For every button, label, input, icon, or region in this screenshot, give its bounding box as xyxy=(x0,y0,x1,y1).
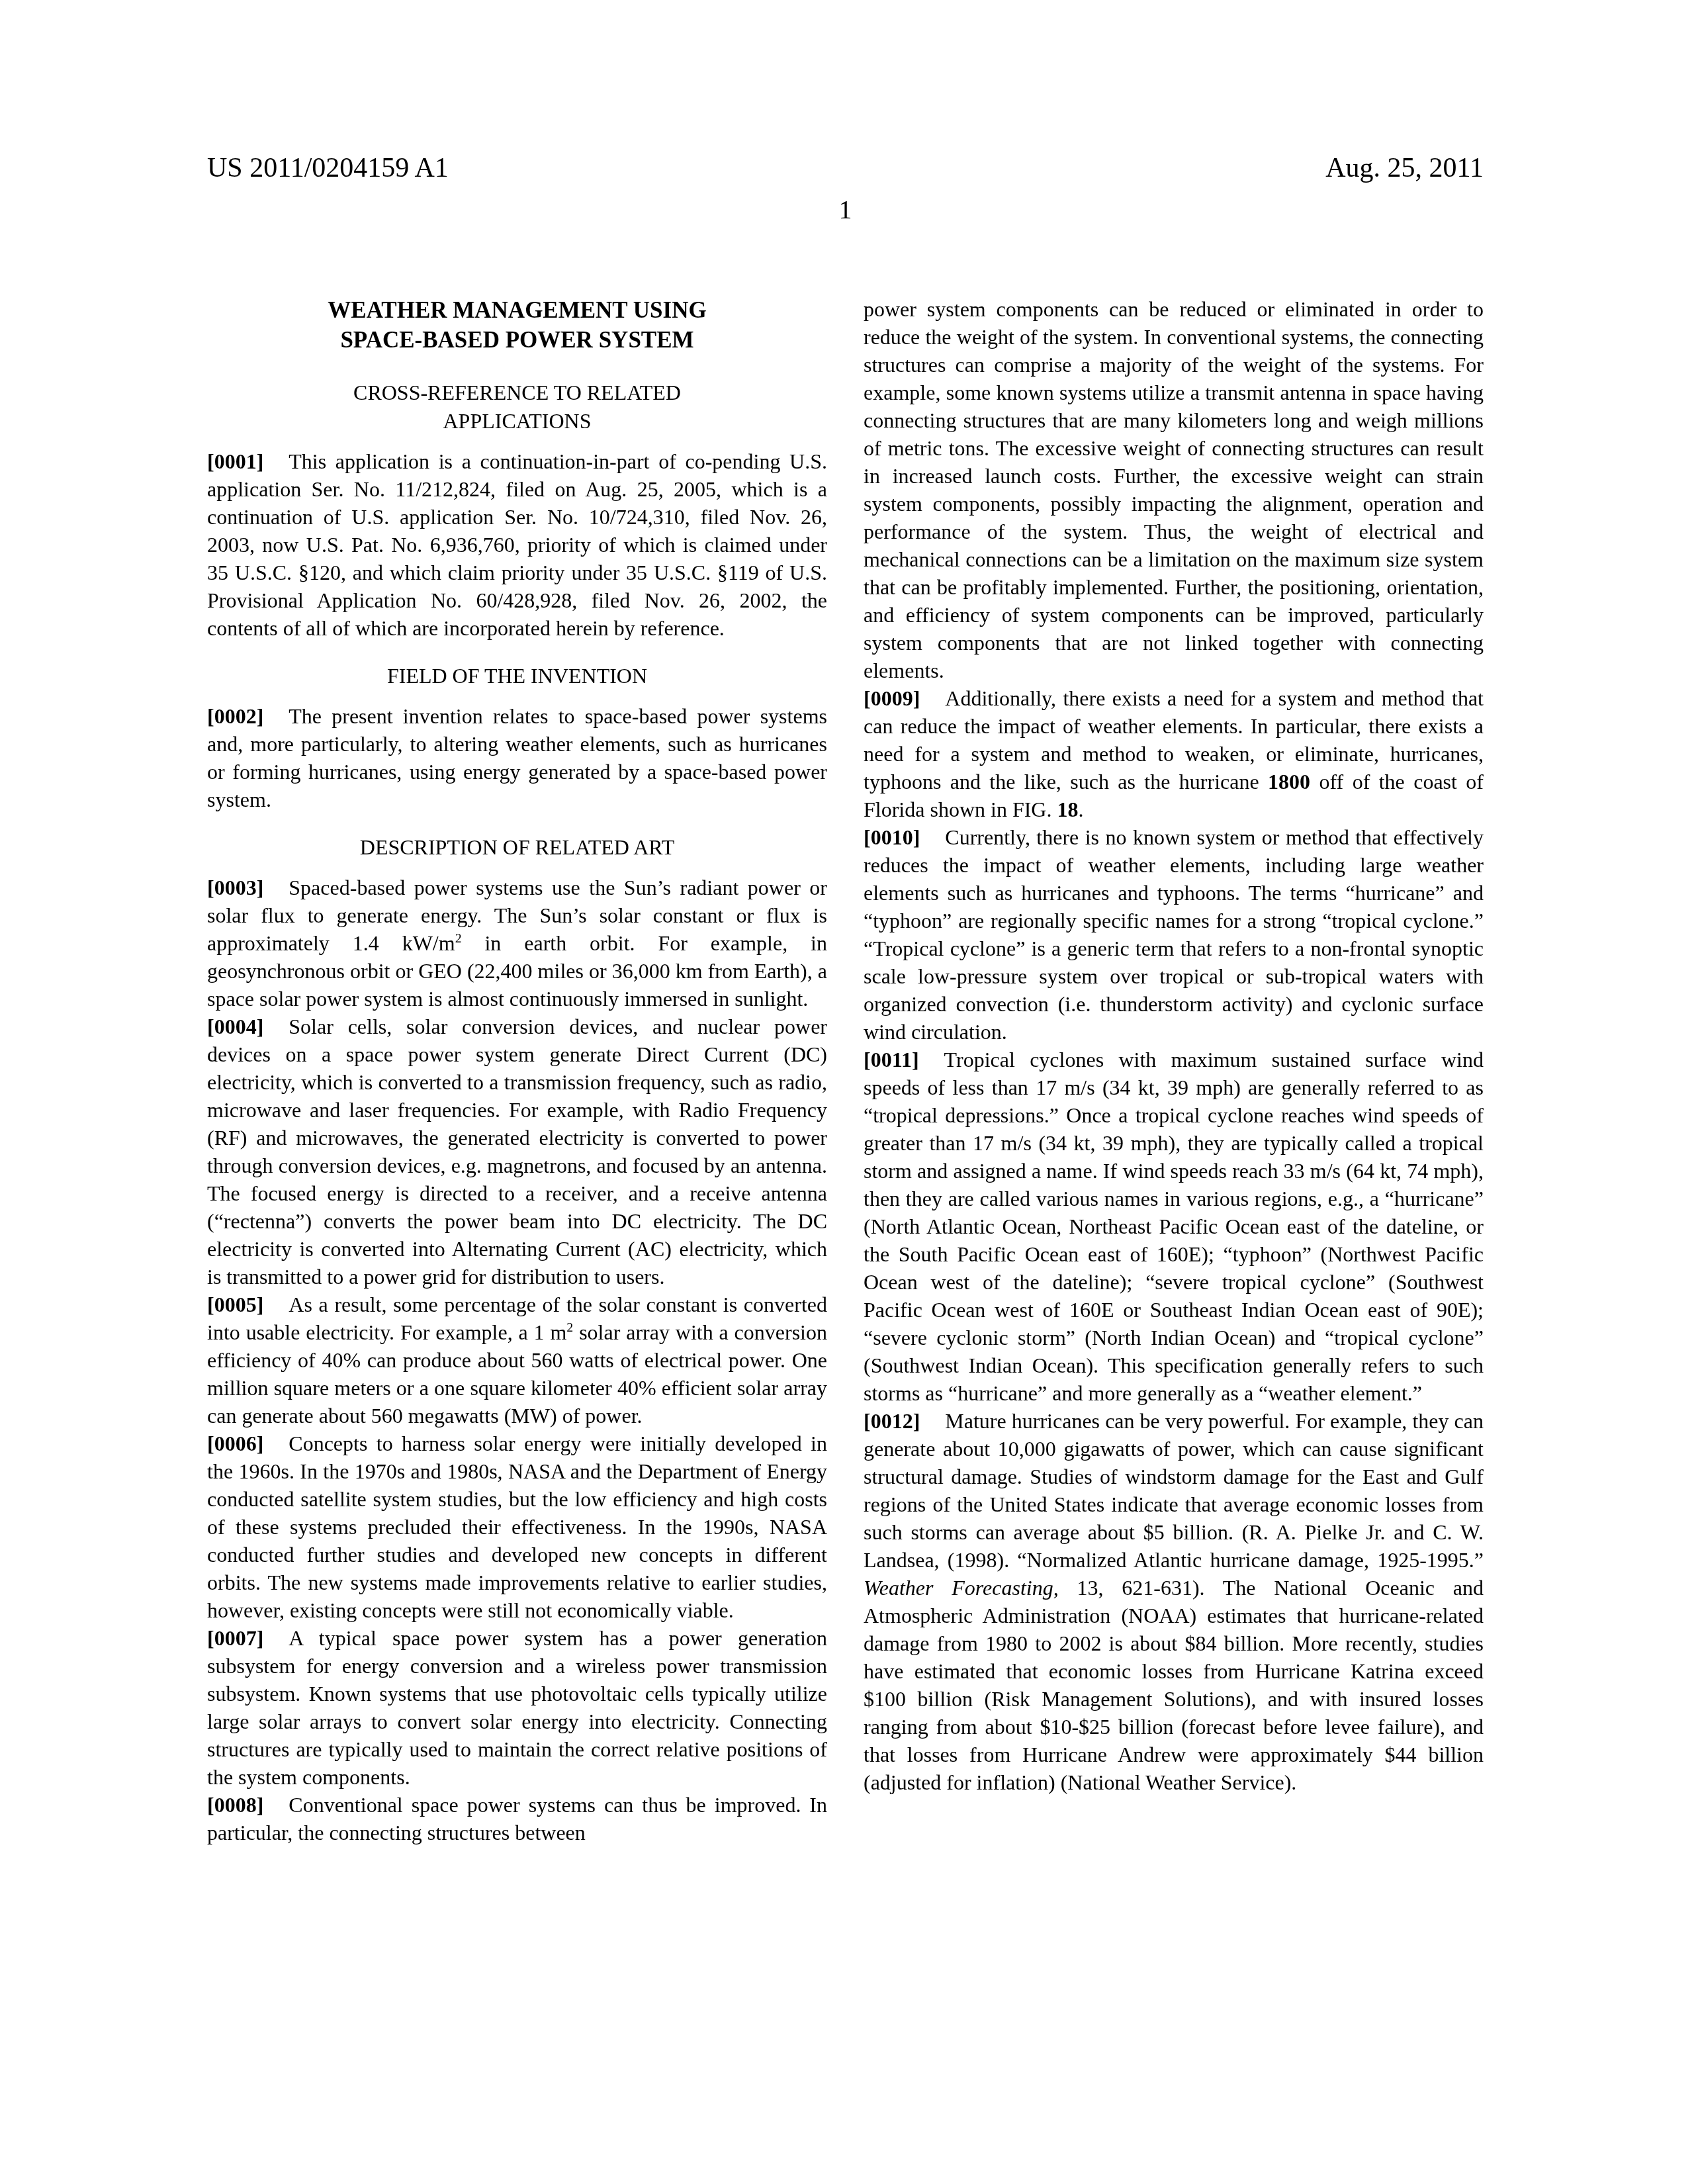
text-run: Mature hurricanes can be very powerful. … xyxy=(864,1409,1484,1572)
patent-page: US 2011/0204159 A1 Aug. 25, 2011 1 WEATH… xyxy=(0,0,1694,2184)
publication-date: Aug. 25, 2011 xyxy=(1325,152,1484,184)
paragraph-number: [0011] xyxy=(864,1048,919,1071)
text-run: The present invention relates to space-b… xyxy=(207,704,827,811)
text-run: 13, 621-631). The National Oceanic and A… xyxy=(864,1576,1484,1794)
paragraph-number: [0004] xyxy=(207,1015,263,1038)
paragraph-0012: [0012]Mature hurricanes can be very powe… xyxy=(864,1407,1484,1796)
paragraph-0007: [0007]A typical space power system has a… xyxy=(207,1624,827,1791)
text-run: This application is a continuation-in-pa… xyxy=(207,449,827,640)
paragraph-0002: [0002]The present invention relates to s… xyxy=(207,702,827,813)
text-run: Conventional space power systems can thu… xyxy=(207,1793,827,1844)
paragraph-number: [0001] xyxy=(207,449,263,473)
text-run: power system components can be reduced o… xyxy=(864,297,1484,682)
text-run: Tropical cyclones with maximum sustained… xyxy=(864,1048,1484,1405)
paragraph-0006: [0006]Concepts to harness solar energy w… xyxy=(207,1430,827,1624)
text-run: Concepts to harness solar energy were in… xyxy=(207,1432,827,1622)
right-column-blocks: power system components can be reduced o… xyxy=(864,295,1484,1796)
text-run: Currently, there is no known system or m… xyxy=(864,825,1484,1044)
text-run: Solar cells, solar conversion devices, a… xyxy=(207,1015,827,1289)
paragraph-0011: [0011]Tropical cyclones with maximum sus… xyxy=(864,1046,1484,1407)
paragraph-number: [0012] xyxy=(864,1409,920,1433)
right-column: power system components can be reduced o… xyxy=(864,295,1484,1846)
paragraph-number: [0010] xyxy=(864,825,920,849)
paragraph-0003: [0003]Spaced-based power systems use the… xyxy=(207,874,827,1013)
section-heading: FIELD OF THE INVENTION xyxy=(207,662,827,690)
publication-number: US 2011/0204159 A1 xyxy=(207,152,449,184)
paragraph-number: [0003] xyxy=(207,876,263,899)
paragraph-continued: power system components can be reduced o… xyxy=(864,295,1484,684)
paragraph-0008: [0008]Conventional space power systems c… xyxy=(207,1791,827,1846)
paragraph-0009: [0009]Additionally, there exists a need … xyxy=(864,684,1484,823)
paragraph-number: [0009] xyxy=(864,686,920,710)
paragraph-number: [0005] xyxy=(207,1293,263,1316)
text-run: 2 xyxy=(455,931,462,946)
page-header: US 2011/0204159 A1 Aug. 25, 2011 xyxy=(207,152,1484,184)
text-run: 1800 xyxy=(1268,770,1310,794)
paragraph-0001: [0001]This application is a continuation… xyxy=(207,447,827,642)
text-run: Weather Forecasting, xyxy=(864,1576,1059,1600)
paragraph-number: [0008] xyxy=(207,1793,263,1817)
paragraph-number: [0002] xyxy=(207,704,263,728)
paragraph-0005: [0005]As a result, some percentage of th… xyxy=(207,1291,827,1430)
page-number: 1 xyxy=(207,195,1484,225)
section-heading: CROSS-REFERENCE TO RELATED APPLICATIONS xyxy=(207,379,827,435)
text-columns: WEATHER MANAGEMENT USING SPACE-BASED POW… xyxy=(207,295,1484,1846)
left-column-blocks: CROSS-REFERENCE TO RELATED APPLICATIONS[… xyxy=(207,379,827,1846)
patent-title: WEATHER MANAGEMENT USING SPACE-BASED POW… xyxy=(207,295,827,355)
paragraph-number: [0006] xyxy=(207,1432,263,1455)
paragraph-0010: [0010]Currently, there is no known syste… xyxy=(864,823,1484,1046)
paragraph-number: [0007] xyxy=(207,1626,263,1650)
text-run: 18 xyxy=(1057,797,1078,821)
text-run: . xyxy=(1078,797,1083,821)
text-run: A typical space power system has a power… xyxy=(207,1626,827,1789)
paragraph-0004: [0004]Solar cells, solar conversion devi… xyxy=(207,1013,827,1291)
text-run: 2 xyxy=(566,1320,573,1335)
left-column: WEATHER MANAGEMENT USING SPACE-BASED POW… xyxy=(207,295,827,1846)
section-heading: DESCRIPTION OF RELATED ART xyxy=(207,833,827,862)
